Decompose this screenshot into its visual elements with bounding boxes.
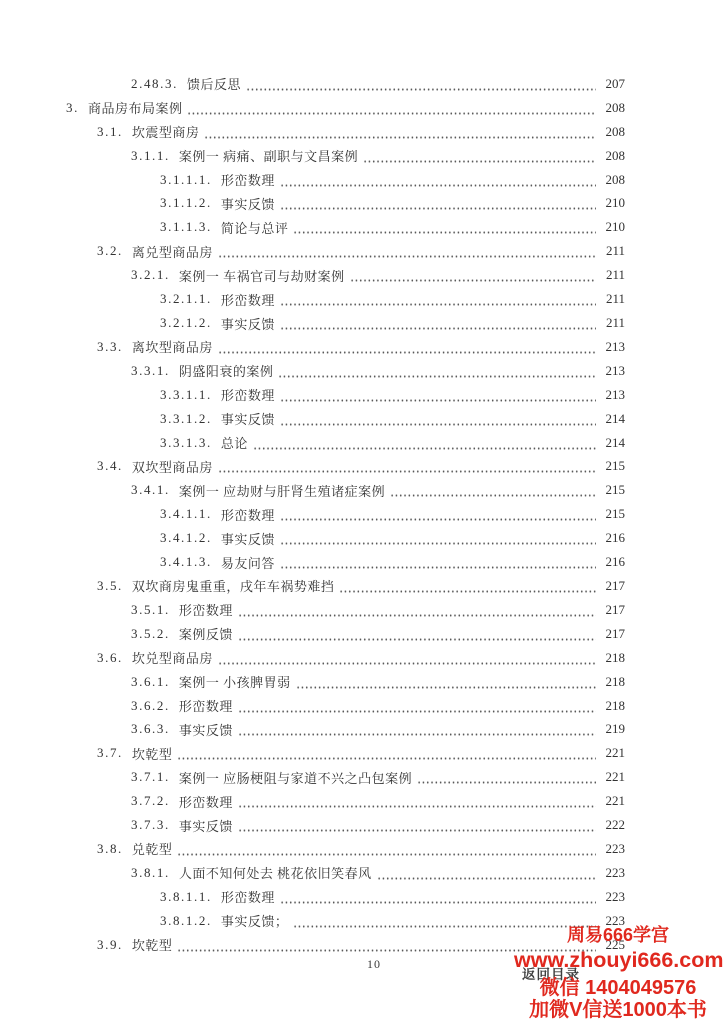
- toc-entry-title: 案例一 应劫财与肝肾生殖诸症案例: [179, 481, 385, 500]
- toc-entry-number: 3.3.1.1.: [160, 387, 212, 403]
- toc-entry[interactable]: 3.9.坎乾型225: [0, 933, 625, 957]
- toc-entry-number: 3.5.: [97, 578, 123, 594]
- dot-leader: [363, 160, 596, 163]
- toc-entry[interactable]: 3.3.1.阴盛阳衰的案例213: [0, 359, 625, 383]
- toc-entry-page: 210: [598, 195, 625, 211]
- toc-entry-page: 215: [598, 506, 625, 522]
- toc-entry[interactable]: 3.3.1.1.形峦数理213: [0, 383, 625, 407]
- toc-entry[interactable]: 3.1.1.1.形峦数理208: [0, 168, 625, 192]
- toc-entry-page: 218: [598, 650, 625, 666]
- toc-entry-page: 219: [598, 721, 625, 737]
- dot-leader: [293, 925, 596, 928]
- toc-entry-title: 兑乾型: [132, 839, 173, 858]
- dot-leader: [293, 231, 596, 234]
- toc-entry-number: 3.2.: [97, 243, 123, 259]
- toc-entry[interactable]: 3.3.1.3.总论214: [0, 431, 625, 455]
- toc-entry-number: 3.9.: [97, 937, 123, 953]
- dot-leader: [238, 805, 596, 808]
- toc-entry-title: 阴盛阳衰的案例: [179, 361, 274, 380]
- toc-entry[interactable]: 3.4.1.1.形峦数理215: [0, 502, 625, 526]
- toc-entry-title: 简论与总评: [221, 218, 289, 237]
- toc-entry-title: 案例一 车祸官司与劫财案例: [179, 266, 345, 285]
- toc-entry-number: 3.6.2.: [131, 698, 170, 714]
- toc-entry-page: 218: [598, 698, 625, 714]
- toc-entry-number: 3.6.1.: [131, 674, 170, 690]
- dot-leader: [218, 470, 596, 473]
- toc-entry-title: 离兑型商品房: [132, 242, 213, 261]
- toc-entry-number: 3.2.1.2.: [160, 315, 212, 331]
- toc-entry-title: 形峦数理: [221, 385, 275, 404]
- toc-entry-page: 218: [598, 674, 625, 690]
- toc-entry[interactable]: 3.4.1.案例一 应劫财与肝肾生殖诸症案例215: [0, 478, 625, 502]
- toc-entry[interactable]: 3.6.2.形峦数理218: [0, 694, 625, 718]
- toc-entry-page: 213: [598, 339, 625, 355]
- toc-entry-title: 案例一 小孩脾胃弱: [179, 672, 291, 691]
- dot-leader: [280, 399, 596, 402]
- toc-entry-number: 3.3.1.3.: [160, 435, 212, 451]
- toc-entry-page: 208: [598, 148, 625, 164]
- toc-entry-page: 222: [598, 817, 625, 833]
- toc-entry-page: 208: [598, 124, 625, 140]
- toc-entry-title: 离坎型商品房: [132, 337, 213, 356]
- toc-entry-page: 214: [598, 435, 625, 451]
- toc-entry-title: 形峦数理: [221, 290, 275, 309]
- toc-entry-page: 213: [598, 363, 625, 379]
- toc-entry-title: 事实反馈: [221, 529, 275, 548]
- toc-entry-number: 3.5.1.: [131, 602, 170, 618]
- watermark-line-4: 加微V信送1000本书: [514, 999, 722, 1021]
- toc-entry-number: 3.8.1.: [131, 865, 170, 881]
- toc-entry-number: 3.1.: [97, 124, 123, 140]
- toc-entry[interactable]: 3.2.1.1.形峦数理211: [0, 287, 625, 311]
- toc-entry[interactable]: 3.7.坎乾型221: [0, 741, 625, 765]
- toc-entry-title: 形峦数理: [221, 170, 275, 189]
- toc-entry-number: 3.6.: [97, 650, 123, 666]
- toc-entry-number: 2.48.3.: [131, 76, 178, 92]
- toc-entry-number: 3.8.: [97, 841, 123, 857]
- toc-entry-page: 217: [598, 626, 625, 642]
- dot-leader: [339, 590, 596, 593]
- toc-entry[interactable]: 3.5.双坎商房鬼重重，戌年车祸势难挡217: [0, 574, 625, 598]
- dot-leader: [280, 901, 596, 904]
- toc-entry-number: 3.8.1.2.: [160, 913, 212, 929]
- toc-entry-number: 3.2.1.1.: [160, 291, 212, 307]
- toc-entry-title: 案例一 应肠梗阻与家道不兴之凸包案例: [179, 768, 412, 787]
- toc-entry-number: 3.4.1.3.: [160, 554, 212, 570]
- document-page: 2.48.3.馈后反思2073.商品房布局案例2083.1.坎震型商房2083.…: [0, 0, 724, 1024]
- toc-entry[interactable]: 2.48.3.馈后反思207: [0, 72, 625, 96]
- toc-entry[interactable]: 3.7.1.案例一 应肠梗阻与家道不兴之凸包案例221: [0, 765, 625, 789]
- toc-entry[interactable]: 3.4.双坎型商品房215: [0, 455, 625, 479]
- toc-entry-page: 217: [598, 578, 625, 594]
- toc-entry-page: 223: [598, 865, 625, 881]
- dot-leader: [417, 781, 596, 784]
- dot-leader: [218, 255, 596, 258]
- toc-entry[interactable]: 3.1.1.2.事实反馈210: [0, 192, 625, 216]
- toc-entry-title: 事实反馈: [221, 314, 275, 333]
- dot-leader: [177, 853, 596, 856]
- toc-entry-number: 3.4.1.: [131, 482, 170, 498]
- toc-entry-title: 坎震型商房: [132, 122, 200, 141]
- toc-entry[interactable]: 3.2.1.案例一 车祸官司与劫财案例211: [0, 263, 625, 287]
- dot-leader: [280, 327, 596, 330]
- toc-entry-page: 223: [598, 889, 625, 905]
- dot-leader: [218, 351, 596, 354]
- toc-entry-title: 人面不知何处去 桃花依旧笑春风: [179, 863, 372, 882]
- toc-entry-page: 213: [598, 387, 625, 403]
- dot-leader: [238, 733, 596, 736]
- toc-entry-title: 坎乾型: [132, 935, 173, 954]
- toc-entry-title: 形峦数理: [221, 887, 275, 906]
- dot-leader: [350, 279, 596, 282]
- toc-entry-title: 形峦数理: [179, 600, 233, 619]
- toc-entry[interactable]: 3.7.2.形峦数理221: [0, 789, 625, 813]
- toc-entry-page: 221: [598, 745, 625, 761]
- toc-entry[interactable]: 3.2.1.2.事实反馈211: [0, 311, 625, 335]
- toc-entry[interactable]: 3.商品房布局案例208: [0, 96, 625, 120]
- toc-entry-title: 案例反馈: [179, 624, 233, 643]
- dot-leader: [177, 949, 596, 952]
- toc-entry-title: 事实反馈: [179, 816, 233, 835]
- toc-entry-number: 3.1.1.2.: [160, 195, 212, 211]
- toc-entry-page: 215: [598, 482, 625, 498]
- dot-leader: [278, 375, 596, 378]
- toc-entry-page: 211: [598, 291, 625, 307]
- dot-leader: [280, 566, 596, 569]
- toc-entry[interactable]: 3.8.1.2.事实反馈；223: [0, 909, 625, 933]
- toc-entry-page: 223: [598, 841, 625, 857]
- toc-entry-number: 3.3.: [97, 339, 123, 355]
- toc-entry[interactable]: 3.5.2.案例反馈217: [0, 622, 625, 646]
- dot-leader: [177, 757, 596, 760]
- toc-entry[interactable]: 3.8.1.1.形峦数理223: [0, 885, 625, 909]
- toc-entry-page: 211: [598, 243, 625, 259]
- dot-leader: [238, 638, 596, 641]
- toc-entry-title: 事实反馈: [179, 720, 233, 739]
- dot-leader: [204, 136, 596, 139]
- toc-entry-number: 3.8.1.1.: [160, 889, 212, 905]
- toc-entry[interactable]: 3.6.1.案例一 小孩脾胃弱218: [0, 670, 625, 694]
- dot-leader: [280, 184, 596, 187]
- dot-leader: [218, 662, 596, 665]
- toc-entry[interactable]: 3.3.离坎型商品房213: [0, 335, 625, 359]
- toc-entry-page: 214: [598, 411, 625, 427]
- toc-entry-page: 221: [598, 793, 625, 809]
- toc-entry-page: 216: [598, 530, 625, 546]
- toc-entry-number: 3.3.1.2.: [160, 411, 212, 427]
- toc-entry-title: 形峦数理: [179, 792, 233, 811]
- toc-entry-page: 215: [598, 458, 625, 474]
- toc-entry-page: 210: [598, 219, 625, 235]
- toc-entry-title: 坎兑型商品房: [132, 648, 213, 667]
- toc-entry-number: 3.7.3.: [131, 817, 170, 833]
- toc-entry[interactable]: 3.4.1.3.易友问答216: [0, 550, 625, 574]
- toc-entry-number: 3.4.1.2.: [160, 530, 212, 546]
- toc-entry[interactable]: 3.3.1.2.事实反馈214: [0, 407, 625, 431]
- toc-entry-title: 易友问答: [221, 553, 275, 572]
- toc-entry-title: 案例一 病痛、副职与文昌案例: [179, 146, 358, 165]
- toc-entry-number: 3.6.3.: [131, 721, 170, 737]
- toc-entry-page: 223: [598, 913, 625, 929]
- toc-entry-page: 221: [598, 769, 625, 785]
- toc-entry-number: 3.3.1.: [131, 363, 170, 379]
- toc-entry-page: 208: [598, 100, 625, 116]
- toc-entry-title: 事实反馈: [221, 409, 275, 428]
- toc-entry-number: 3.5.2.: [131, 626, 170, 642]
- toc-entry-number: 3.7.2.: [131, 793, 170, 809]
- toc-entry-title: 事实反馈: [221, 194, 275, 213]
- dot-leader: [253, 447, 596, 450]
- dot-leader: [390, 494, 596, 497]
- toc-entry-page: 217: [598, 602, 625, 618]
- dot-leader: [238, 614, 596, 617]
- toc-entry-number: 3.4.1.1.: [160, 506, 212, 522]
- toc-entry-number: 3.1.1.: [131, 148, 170, 164]
- dot-leader: [280, 542, 596, 545]
- dot-leader: [246, 88, 596, 91]
- toc-entry-number: 3.1.1.3.: [160, 219, 212, 235]
- toc-entry-number: 3.7.1.: [131, 769, 170, 785]
- dot-leader: [280, 303, 596, 306]
- page-number: 10: [12, 957, 724, 972]
- toc-entry-number: 3.2.1.: [131, 267, 170, 283]
- dot-leader: [187, 112, 596, 115]
- toc-entry[interactable]: 3.1.坎震型商房208: [0, 120, 625, 144]
- toc-entry[interactable]: 3.8.1.人面不知何处去 桃花依旧笑春风223: [0, 861, 625, 885]
- toc-entry-title: 双坎商房鬼重重，戌年车祸势难挡: [132, 576, 335, 595]
- dot-leader: [238, 829, 596, 832]
- back-to-toc-link[interactable]: 返回目录: [522, 963, 580, 983]
- toc-entry-title: 馈后反思: [187, 74, 241, 93]
- toc-list: 2.48.3.馈后反思2073.商品房布局案例2083.1.坎震型商房2083.…: [0, 72, 724, 957]
- toc-entry-number: 3.4.: [97, 458, 123, 474]
- dot-leader: [280, 518, 596, 521]
- toc-entry-number: 3.1.1.1.: [160, 172, 212, 188]
- toc-entry[interactable]: 3.2.离兑型商品房211: [0, 239, 625, 263]
- toc-entry-title: 坎乾型: [132, 744, 173, 763]
- toc-entry-title: 形峦数理: [221, 505, 275, 524]
- toc-entry-page: 207: [598, 76, 625, 92]
- dot-leader: [238, 710, 596, 713]
- toc-entry-title: 商品房布局案例: [88, 98, 183, 117]
- toc-entry-number: 3.: [66, 100, 79, 116]
- toc-entry[interactable]: 3.1.1.3.简论与总评210: [0, 215, 625, 239]
- toc-entry-title: 形峦数理: [179, 696, 233, 715]
- dot-leader: [377, 877, 596, 880]
- dot-leader: [296, 686, 596, 689]
- toc-entry-title: 双坎型商品房: [132, 457, 213, 476]
- dot-leader: [280, 207, 596, 210]
- toc-entry-page: 225: [598, 937, 625, 953]
- toc-entry[interactable]: 3.1.1.案例一 病痛、副职与文昌案例208: [0, 144, 625, 168]
- toc-entry-title: 总论: [221, 433, 248, 452]
- toc-entry-number: 3.7.: [97, 745, 123, 761]
- toc-entry-page: 216: [598, 554, 625, 570]
- toc-entry-title: 事实反馈；: [221, 911, 289, 930]
- toc-entry-page: 211: [598, 267, 625, 283]
- toc-entry-page: 211: [598, 315, 625, 331]
- toc-entry[interactable]: 3.7.3.事实反馈222: [0, 813, 625, 837]
- toc-entry-page: 208: [598, 172, 625, 188]
- toc-entry[interactable]: 3.5.1.形峦数理217: [0, 598, 625, 622]
- dot-leader: [280, 423, 596, 426]
- toc-entry[interactable]: 3.4.1.2.事实反馈216: [0, 526, 625, 550]
- toc-entry[interactable]: 3.8.兑乾型223: [0, 837, 625, 861]
- toc-entry[interactable]: 3.6.3.事实反馈219: [0, 717, 625, 741]
- toc-entry[interactable]: 3.6.坎兑型商品房218: [0, 646, 625, 670]
